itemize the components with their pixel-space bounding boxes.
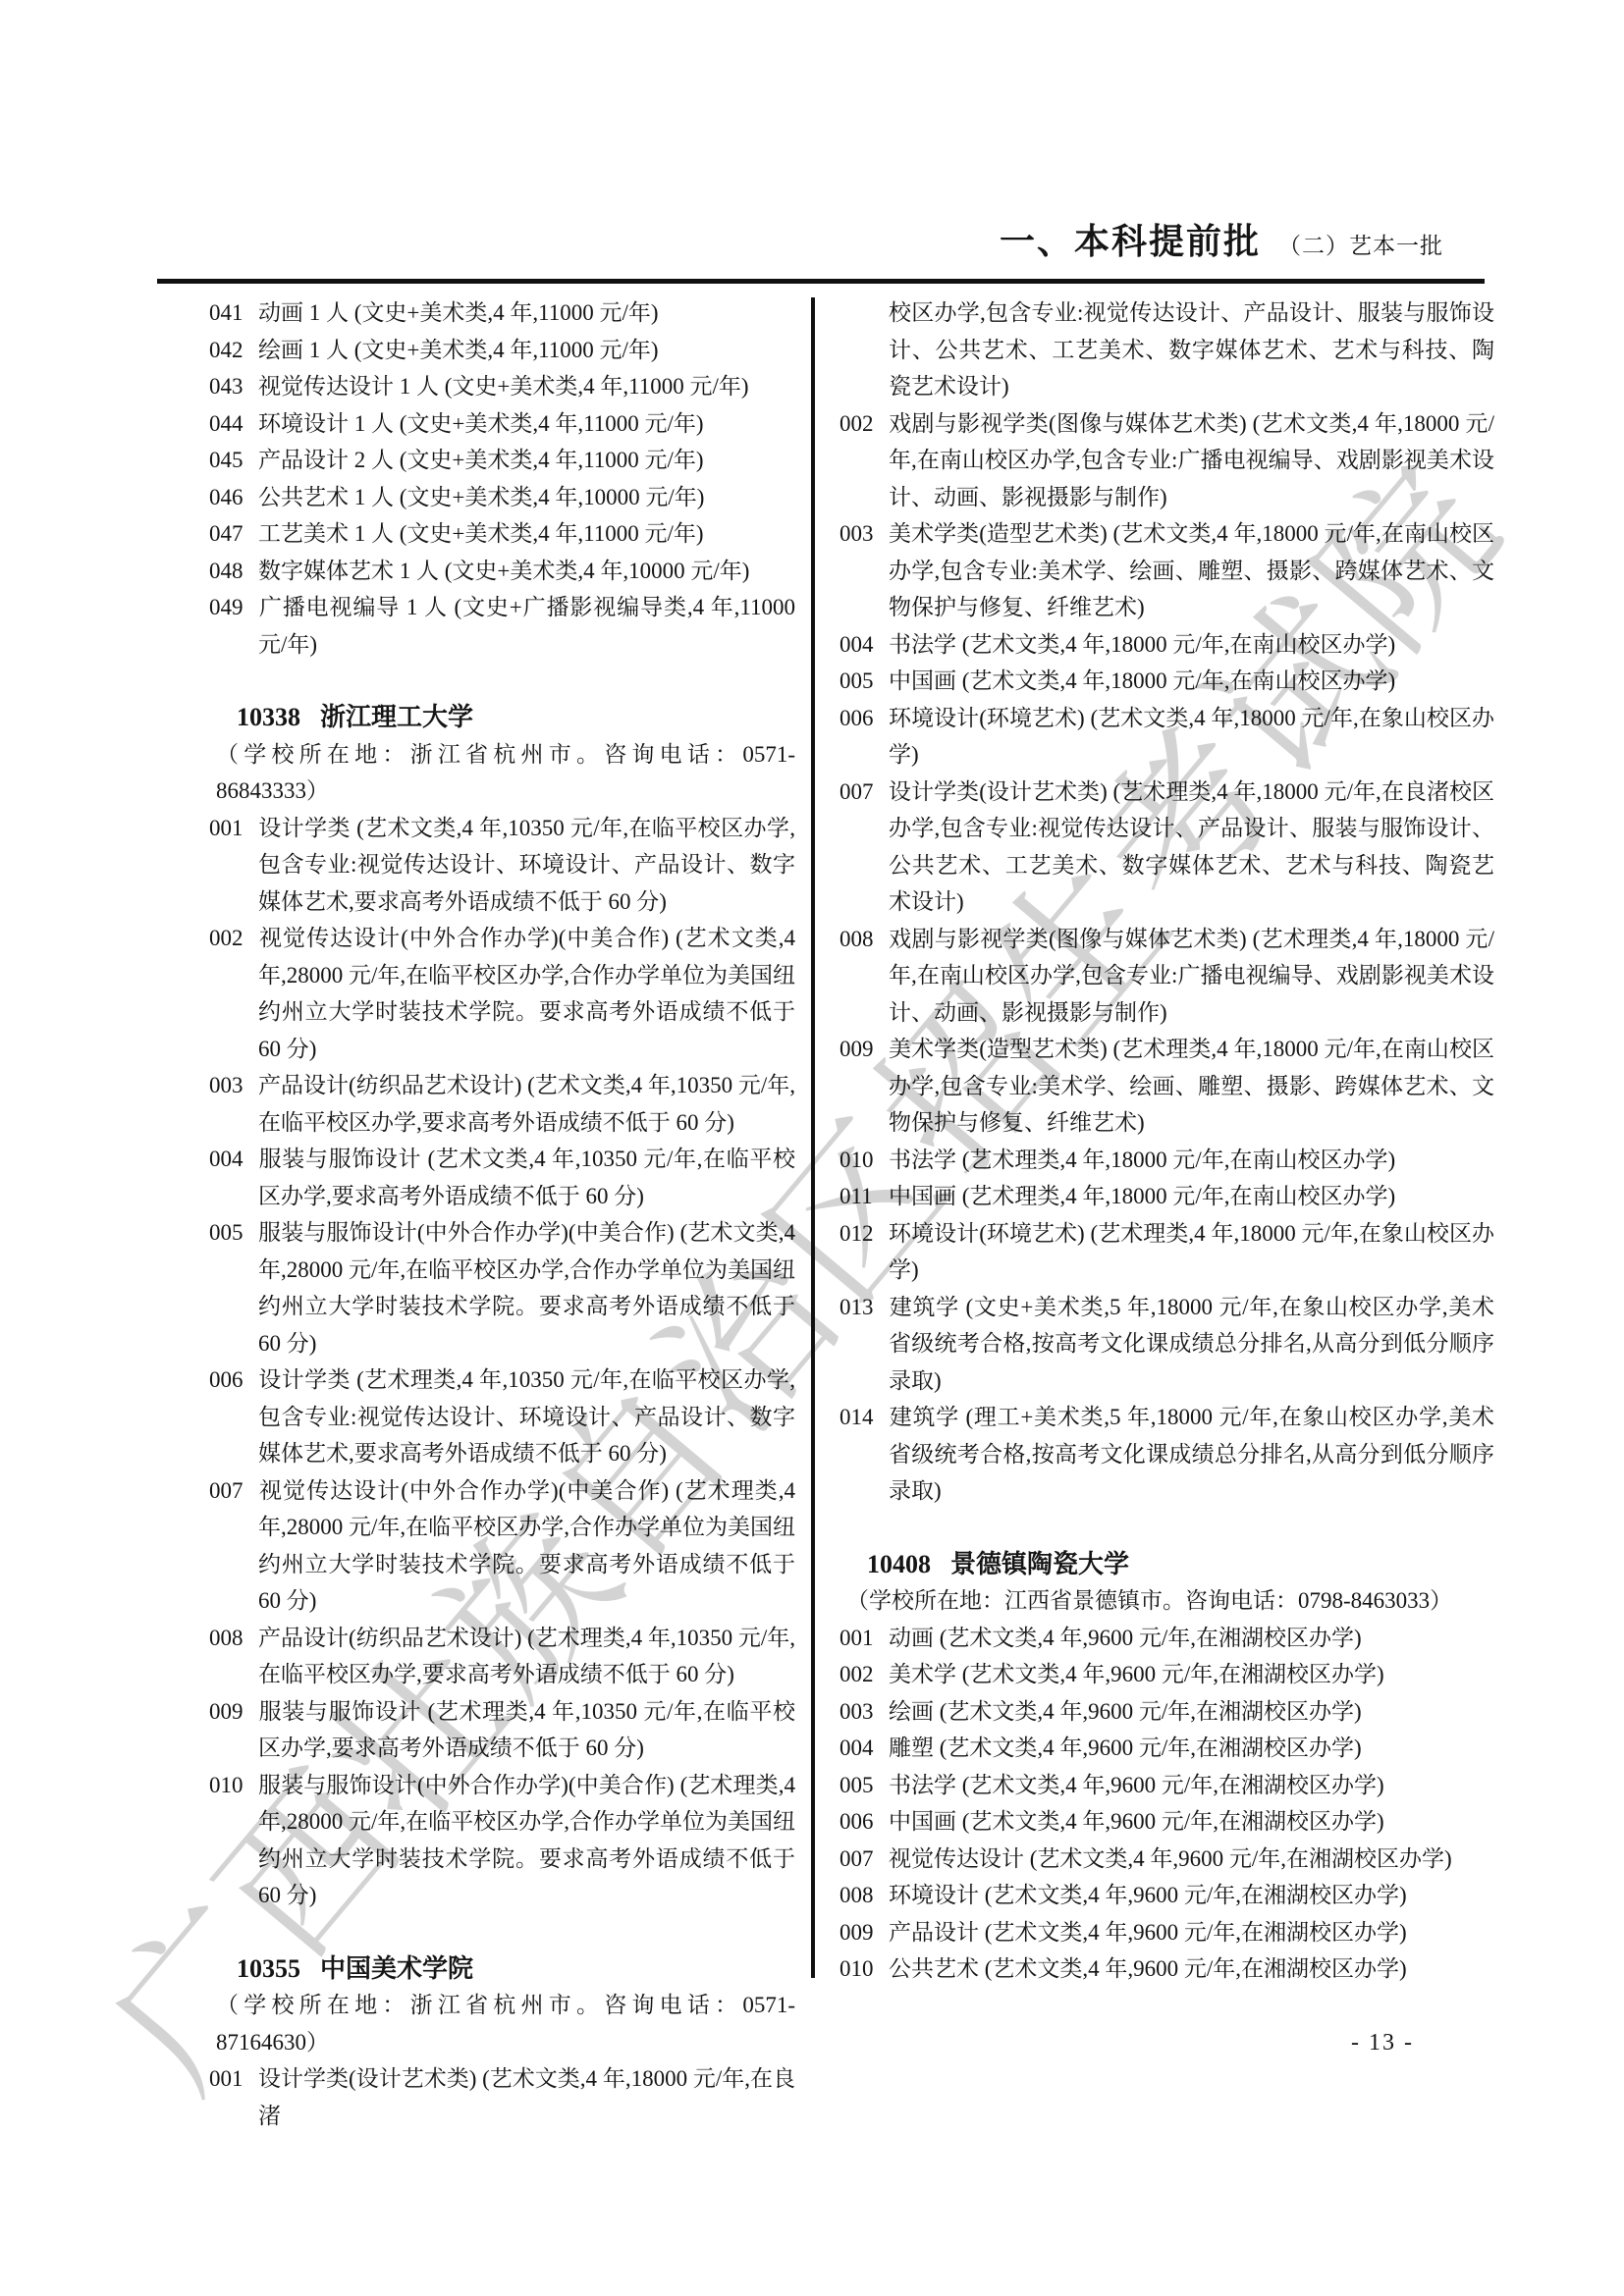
program-text: 戏剧与影视学类(图像与媒体艺术类) (艺术文类,4 年,18000 元/年,在南…: [889, 411, 1494, 509]
university-code: 10355: [237, 1954, 300, 1983]
program-entry: 008戏剧与影视学类(图像与媒体艺术类) (艺术理类,4 年,18000 元/年…: [839, 921, 1494, 1032]
program-number: 010: [839, 1950, 889, 1988]
program-text: 产品设计 2 人 (文史+美术类,4 年,11000 元/年): [258, 448, 704, 472]
program-text: 广播电视编导 1 人 (文史+广播影视编导类,4 年,11000 元/年): [258, 595, 795, 657]
program-text: 数字媒体艺术 1 人 (文史+美术类,4 年,10000 元/年): [258, 559, 749, 583]
program-entry: 004服装与服饰设计 (艺术文类,4 年,10350 元/年,在临平校区办学,要…: [209, 1141, 795, 1214]
program-text: 环境设计 1 人 (文史+美术类,4 年,11000 元/年): [258, 411, 704, 436]
program-text: 书法学 (艺术理类,4 年,18000 元/年,在南山校区办学): [889, 1148, 1395, 1172]
program-text: 公共艺术 1 人 (文史+美术类,4 年,10000 元/年): [258, 485, 704, 509]
program-text: 产品设计(纺织品艺术设计) (艺术理类,4 年,10350 元/年,在临平校区办…: [258, 1626, 795, 1687]
program-number: 006: [839, 700, 889, 737]
page-number: - 13 -: [1129, 2030, 1414, 2056]
program-text: 中国画 (艺术理类,4 年,18000 元/年,在南山校区办学): [889, 1184, 1395, 1208]
program-number: 008: [839, 1877, 889, 1914]
program-entry: 009服装与服饰设计 (艺术理类,4 年,10350 元/年,在临平校区办学,要…: [209, 1693, 795, 1767]
program-entry: 006设计学类 (艺术理类,4 年,10350 元/年,在临平校区办学,包含专业…: [209, 1362, 795, 1472]
program-number: 004: [839, 1730, 889, 1767]
program-number: 004: [839, 626, 889, 664]
program-text: 公共艺术 (艺术文类,4 年,9600 元/年,在湘湖校区办学): [889, 1956, 1407, 1981]
program-number: 011: [839, 1178, 889, 1215]
university-heading: 10355中国美术学院: [209, 1950, 795, 1988]
program-entry: 002戏剧与影视学类(图像与媒体艺术类) (艺术文类,4 年,18000 元/年…: [839, 405, 1494, 516]
program-entry: 049广播电视编导 1 人 (文史+广播影视编导类,4 年,11000 元/年): [209, 589, 795, 663]
university-heading: 10408景德镇陶瓷大学: [839, 1546, 1494, 1583]
university-name: 中国美术学院: [320, 1954, 473, 1983]
program-text: 动画 (艺术文类,4 年,9600 元/年,在湘湖校区办学): [889, 1626, 1362, 1650]
program-entry: 046公共艺术 1 人 (文史+美术类,4 年,10000 元/年): [209, 479, 795, 516]
program-entry: 010服装与服饰设计(中外合作办学)(中美合作) (艺术理类,4 年,28000…: [209, 1767, 795, 1914]
program-entry: 004书法学 (艺术文类,4 年,18000 元/年,在南山校区办学): [839, 626, 1494, 664]
program-text: 产品设计 (艺术文类,4 年,9600 元/年,在湘湖校区办学): [889, 1920, 1407, 1945]
program-entry: 012环境设计(环境艺术) (艺术理类,4 年,18000 元/年,在象山校区办…: [839, 1215, 1494, 1289]
program-number: 008: [839, 921, 889, 958]
program-entry: 009美术学类(造型艺术类) (艺术理类,4 年,18000 元/年,在南山校区…: [839, 1031, 1494, 1142]
program-number: 006: [839, 1803, 889, 1841]
page-header: 一、本科提前批 （二）艺本一批: [1000, 214, 1443, 264]
university-info: （学校所在地：浙江省杭州市。咨询电话：0571-87164630）: [209, 1987, 795, 2060]
program-text: 设计学类 (艺术理类,4 年,10350 元/年,在临平校区办学,包含专业:视觉…: [258, 1367, 795, 1466]
program-number: 007: [839, 1841, 889, 1878]
program-number: 042: [209, 332, 258, 369]
program-entry: 010公共艺术 (艺术文类,4 年,9600 元/年,在湘湖校区办学): [839, 1950, 1494, 1988]
program-text: 美术学类(造型艺术类) (艺术文类,4 年,18000 元/年,在南山校区办学,…: [889, 521, 1494, 619]
program-number: 001: [839, 1620, 889, 1657]
program-number: 012: [839, 1215, 889, 1253]
program-text: 服装与服饰设计 (艺术理类,4 年,10350 元/年,在临平校区办学,要求高考…: [258, 1699, 795, 1761]
program-text: 服装与服饰设计(中外合作办学)(中美合作) (艺术理类,4 年,28000 元/…: [258, 1773, 795, 1908]
program-text: 工艺美术 1 人 (文史+美术类,4 年,11000 元/年): [258, 521, 704, 546]
program-entry: 003美术学类(造型艺术类) (艺术文类,4 年,18000 元/年,在南山校区…: [839, 515, 1494, 626]
program-number: 014: [839, 1399, 889, 1436]
left-column: 041动画 1 人 (文史+美术类,4 年,11000 元/年)042绘画 1 …: [209, 294, 795, 2134]
program-text: 视觉传达设计(中外合作办学)(中美合作) (艺术理类,4 年,28000 元/年…: [258, 1478, 795, 1614]
program-entry: 009产品设计 (艺术文类,4 年,9600 元/年,在湘湖校区办学): [839, 1914, 1494, 1951]
program-entry: 001设计学类(设计艺术类) (艺术文类,4 年,18000 元/年,在良渚: [209, 2060, 795, 2134]
program-text: 服装与服饰设计(中外合作办学)(中美合作) (艺术文类,4 年,28000 元/…: [258, 1220, 795, 1356]
program-entry: 001设计学类 (艺术文类,4 年,10350 元/年,在临平校区办学,包含专业…: [209, 810, 795, 921]
program-entry: 008产品设计(纺织品艺术设计) (艺术理类,4 年,10350 元/年,在临平…: [209, 1620, 795, 1693]
program-entry: 042绘画 1 人 (文史+美术类,4 年,11000 元/年): [209, 332, 795, 369]
program-text: 环境设计 (艺术文类,4 年,9600 元/年,在湘湖校区办学): [889, 1883, 1407, 1907]
program-text: 戏剧与影视学类(图像与媒体艺术类) (艺术理类,4 年,18000 元/年,在南…: [889, 927, 1494, 1025]
program-number: 048: [209, 553, 258, 590]
program-entry: 003绘画 (艺术文类,4 年,9600 元/年,在湘湖校区办学): [839, 1693, 1494, 1731]
batch-subtitle: （二）艺本一批: [1278, 228, 1443, 260]
program-text: 设计学类(设计艺术类) (艺术文类,4 年,18000 元/年,在良渚: [258, 2066, 795, 2128]
program-number: 002: [209, 920, 258, 957]
program-entry: 010书法学 (艺术理类,4 年,18000 元/年,在南山校区办学): [839, 1142, 1494, 1179]
program-number: 001: [209, 2060, 258, 2098]
program-text: 美术学类(造型艺术类) (艺术理类,4 年,18000 元/年,在南山校区办学,…: [889, 1037, 1494, 1135]
program-text: 书法学 (艺术文类,4 年,18000 元/年,在南山校区办学): [889, 632, 1395, 657]
program-entry: 005书法学 (艺术文类,4 年,9600 元/年,在湘湖校区办学): [839, 1767, 1494, 1804]
program-entry: 043视觉传达设计 1 人 (文史+美术类,4 年,11000 元/年): [209, 368, 795, 405]
program-entry: 007视觉传达设计(中外合作办学)(中美合作) (艺术理类,4 年,28000 …: [209, 1472, 795, 1620]
program-number: 046: [209, 479, 258, 516]
program-number: 049: [209, 589, 258, 626]
program-entry: 007视觉传达设计 (艺术文类,4 年,9600 元/年,在湘湖校区办学): [839, 1841, 1494, 1878]
batch-title: 一、本科提前批: [1000, 214, 1261, 264]
program-text: 建筑学 (理工+美术类,5 年,18000 元/年,在象山校区办学,美术省级统考…: [889, 1405, 1494, 1503]
program-entry: 008环境设计 (艺术文类,4 年,9600 元/年,在湘湖校区办学): [839, 1877, 1494, 1914]
program-entry: 041动画 1 人 (文史+美术类,4 年,11000 元/年): [209, 294, 795, 332]
program-number: 041: [209, 294, 258, 332]
program-number: 010: [209, 1767, 258, 1804]
program-number: 002: [839, 1656, 889, 1693]
program-text: 中国画 (艺术文类,4 年,18000 元/年,在南山校区办学): [889, 668, 1395, 693]
program-number: 043: [209, 368, 258, 405]
program-text: 雕塑 (艺术文类,4 年,9600 元/年,在湘湖校区办学): [889, 1735, 1362, 1760]
program-text: 产品设计(纺织品艺术设计) (艺术文类,4 年,10350 元/年,在临平校区办…: [258, 1073, 795, 1135]
university-info: （学校所在地：江西省景德镇市。咨询电话：0798-8463033）: [839, 1582, 1494, 1620]
program-number: 002: [839, 405, 889, 443]
program-number: 047: [209, 515, 258, 553]
program-text: 绘画 1 人 (文史+美术类,4 年,11000 元/年): [258, 338, 659, 362]
program-entry: 006中国画 (艺术文类,4 年,9600 元/年,在湘湖校区办学): [839, 1803, 1494, 1841]
program-entry: 044环境设计 1 人 (文史+美术类,4 年,11000 元/年): [209, 405, 795, 443]
university-heading: 10338浙江理工大学: [209, 699, 795, 736]
program-number: 006: [209, 1362, 258, 1399]
program-text: 视觉传达设计 (艺术文类,4 年,9600 元/年,在湘湖校区办学): [889, 1846, 1452, 1871]
program-entry: 047工艺美术 1 人 (文史+美术类,4 年,11000 元/年): [209, 515, 795, 553]
program-entry: 001动画 (艺术文类,4 年,9600 元/年,在湘湖校区办学): [839, 1620, 1494, 1657]
program-number: 003: [209, 1067, 258, 1104]
program-number: 003: [839, 1693, 889, 1731]
program-number: 007: [209, 1472, 258, 1510]
university-code: 10408: [867, 1550, 931, 1578]
program-number: 003: [839, 515, 889, 553]
entry-continuation: 校区办学,包含专业:视觉传达设计、产品设计、服装与服饰设计、公共艺术、工艺美术、…: [839, 294, 1494, 405]
program-entry: 006环境设计(环境艺术) (艺术文类,4 年,18000 元/年,在象山校区办…: [839, 700, 1494, 774]
program-number: 013: [839, 1289, 889, 1326]
program-text: 书法学 (艺术文类,4 年,9600 元/年,在湘湖校区办学): [889, 1773, 1384, 1797]
program-number: 005: [839, 1767, 889, 1804]
program-entry: 048数字媒体艺术 1 人 (文史+美术类,4 年,10000 元/年): [209, 553, 795, 590]
program-text: 环境设计(环境艺术) (艺术理类,4 年,18000 元/年,在象山校区办学): [889, 1221, 1494, 1283]
program-number: 005: [209, 1214, 258, 1252]
program-text: 环境设计(环境艺术) (艺术文类,4 年,18000 元/年,在象山校区办学): [889, 706, 1494, 768]
program-entry: 002视觉传达设计(中外合作办学)(中美合作) (艺术文类,4 年,28000 …: [209, 920, 795, 1067]
program-text: 视觉传达设计(中外合作办学)(中美合作) (艺术文类,4 年,28000 元/年…: [258, 926, 795, 1061]
program-number: 009: [839, 1914, 889, 1951]
program-entry: 045产品设计 2 人 (文史+美术类,4 年,11000 元/年): [209, 442, 795, 479]
program-entry: 013建筑学 (文史+美术类,5 年,18000 元/年,在象山校区办学,美术省…: [839, 1289, 1494, 1400]
program-number: 009: [839, 1031, 889, 1068]
program-text: 设计学类(设计艺术类) (艺术理类,4 年,18000 元/年,在良渚校区办学,…: [889, 779, 1494, 915]
program-entry: 003产品设计(纺织品艺术设计) (艺术文类,4 年,10350 元/年,在临平…: [209, 1067, 795, 1141]
right-column: 校区办学,包含专业:视觉传达设计、产品设计、服装与服饰设计、公共艺术、工艺美术、…: [839, 294, 1494, 1988]
university-name: 景德镇陶瓷大学: [950, 1550, 1129, 1578]
program-number: 001: [209, 810, 258, 847]
university-info: （学校所在地：浙江省杭州市。咨询电话：0571-86843333）: [209, 736, 795, 810]
program-entry: 005中国画 (艺术文类,4 年,18000 元/年,在南山校区办学): [839, 663, 1494, 700]
program-entry: 011中国画 (艺术理类,4 年,18000 元/年,在南山校区办学): [839, 1178, 1494, 1215]
program-text: 动画 1 人 (文史+美术类,4 年,11000 元/年): [258, 300, 659, 325]
program-text: 美术学 (艺术文类,4 年,9600 元/年,在湘湖校区办学): [889, 1662, 1384, 1686]
program-number: 007: [839, 774, 889, 811]
university-code: 10338: [237, 703, 300, 731]
program-text: 设计学类 (艺术文类,4 年,10350 元/年,在临平校区办学,包含专业:视觉…: [258, 816, 795, 914]
column-divider: [811, 297, 815, 1978]
program-entry: 004雕塑 (艺术文类,4 年,9600 元/年,在湘湖校区办学): [839, 1730, 1494, 1767]
university-name: 浙江理工大学: [320, 703, 473, 731]
program-text: 中国画 (艺术文类,4 年,9600 元/年,在湘湖校区办学): [889, 1809, 1384, 1834]
program-number: 005: [839, 663, 889, 700]
program-entry: 014建筑学 (理工+美术类,5 年,18000 元/年,在象山校区办学,美术省…: [839, 1399, 1494, 1510]
program-number: 004: [209, 1141, 258, 1178]
program-number: 009: [209, 1693, 258, 1731]
program-text: 服装与服饰设计 (艺术文类,4 年,10350 元/年,在临平校区办学,要求高考…: [258, 1147, 795, 1208]
program-text: 视觉传达设计 1 人 (文史+美术类,4 年,11000 元/年): [258, 374, 749, 399]
program-number: 044: [209, 405, 258, 443]
program-entry: 002美术学 (艺术文类,4 年,9600 元/年,在湘湖校区办学): [839, 1656, 1494, 1693]
program-number: 045: [209, 442, 258, 479]
program-text: 绘画 (艺术文类,4 年,9600 元/年,在湘湖校区办学): [889, 1699, 1362, 1724]
program-entry: 007设计学类(设计艺术类) (艺术理类,4 年,18000 元/年,在良渚校区…: [839, 774, 1494, 921]
program-number: 010: [839, 1142, 889, 1179]
program-entry: 005服装与服饰设计(中外合作办学)(中美合作) (艺术文类,4 年,28000…: [209, 1214, 795, 1362]
header-rule: [157, 279, 1485, 284]
program-number: 008: [209, 1620, 258, 1657]
document-page: 广西壮族自治区招生考试院 一、本科提前批 （二）艺本一批 041动画 1 人 (…: [0, 0, 1624, 2296]
program-text: 建筑学 (文史+美术类,5 年,18000 元/年,在象山校区办学,美术省级统考…: [889, 1295, 1494, 1393]
